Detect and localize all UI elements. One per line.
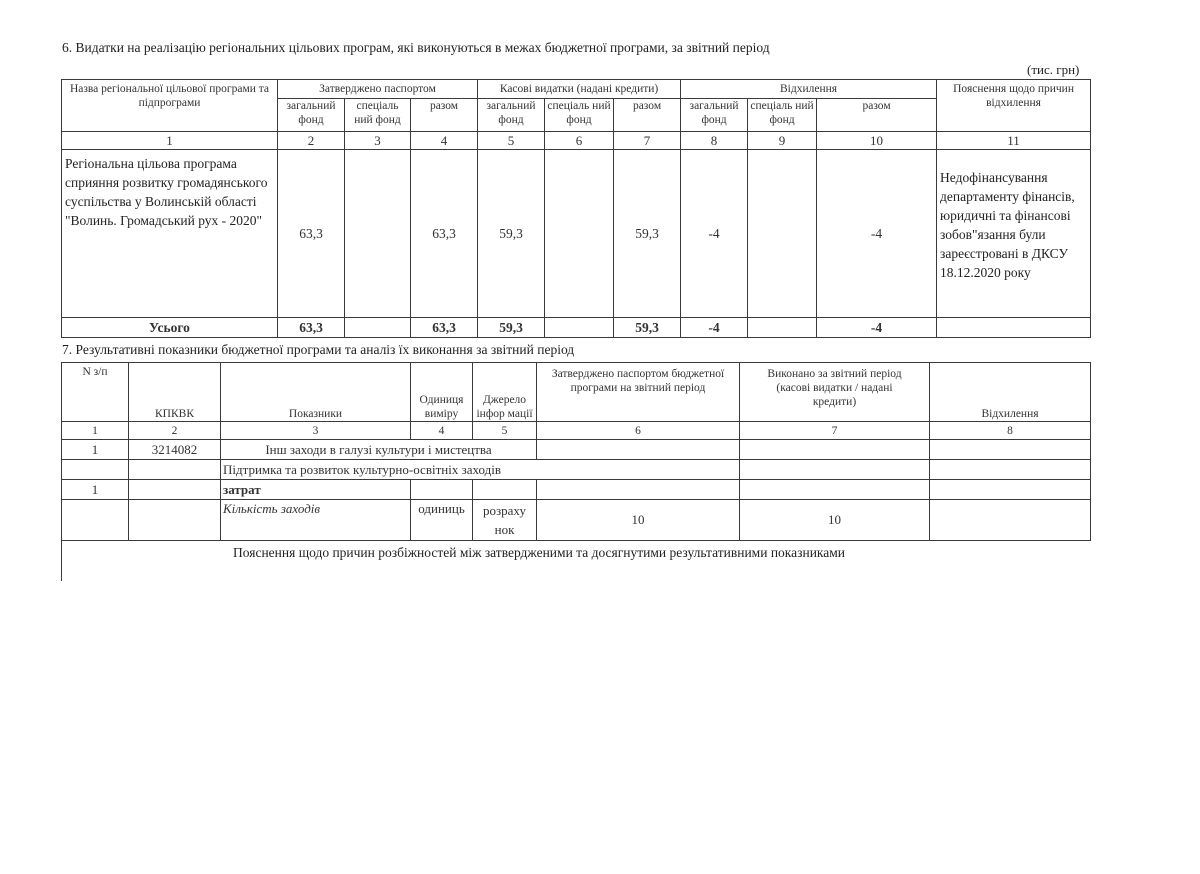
header-program-name: Назва регіональної цільової програми та … [62,80,278,132]
row-approved: 10 [537,500,740,541]
header-cash-total: разом [614,99,681,132]
total-dev-special [748,318,817,338]
row-kpkvk [129,500,221,541]
approved-total: 63,3 [411,150,478,318]
dev-total: -4 [817,150,937,318]
row-indicator: Підтримка та розвиток культурно-освітніх… [221,460,740,480]
row-num: 1 [62,440,129,460]
col-num: 5 [473,422,537,440]
header-deviation: Відхилення [930,363,1091,422]
row-deviation [930,460,1091,480]
header-indicators: Показники [221,363,411,422]
row-deviation [930,440,1091,460]
total-approved-general: 63,3 [278,318,345,338]
header-source: Джерело інфор мації [473,363,537,422]
dev-general: -4 [681,150,748,318]
header-num: N з/п [62,363,129,422]
row-indicator: Інш заходи в галузі культури і мистецтва [221,440,537,460]
regional-programs-table: Назва регіональної цільової програми та … [61,79,1091,338]
table-row: Підтримка та розвиток культурно-освітніх… [62,460,1091,480]
col-num: 6 [537,422,740,440]
row-deviation [930,500,1091,541]
row-source [473,480,537,500]
header-explanation: Пояснення щодо причин відхилення [937,80,1091,132]
row-kpkvk [129,460,221,480]
header-cash: Касові видатки (надані кредити) [478,80,681,99]
row-executed [740,460,930,480]
row-source: розраху нок [473,500,537,541]
approved-general: 63,3 [278,150,345,318]
col-num: 8 [681,132,748,150]
col-num: 9 [748,132,817,150]
approved-special [345,150,411,318]
col-num: 2 [278,132,345,150]
row-num: 1 [62,480,129,500]
col-num: 2 [129,422,221,440]
row-executed [740,480,930,500]
cash-general: 59,3 [478,150,545,318]
header-approved-general: загальний фонд [278,99,345,132]
section-7-title: 7. Результативні показники бюджетної про… [62,342,574,358]
table-row: 1 затрат [62,480,1091,500]
col-num: 3 [221,422,411,440]
col-num: 7 [614,132,681,150]
total-dev-total: -4 [817,318,937,338]
header-deviation: Відхилення [681,80,937,99]
cash-total: 59,3 [614,150,681,318]
discrepancy-explanation-title: Пояснення щодо причин розбіжностей між з… [233,545,845,561]
header-approved-total: разом [411,99,478,132]
total-cash-total: 59,3 [614,318,681,338]
total-approved-total: 63,3 [411,318,478,338]
row-num [62,460,129,480]
header-executed: Виконано за звітний період (касові видат… [740,363,930,422]
header-dev-general: загальний фонд [681,99,748,132]
col-num: 7 [740,422,930,440]
col-num: 11 [937,132,1091,150]
column-number-row: 1 2 3 4 5 6 7 8 [62,422,1091,440]
col-num: 8 [930,422,1091,440]
header-dev-total: разом [817,99,937,132]
col-num: 5 [478,132,545,150]
row-approved [537,440,740,460]
column-number-row: 1 2 3 4 5 6 7 8 9 10 11 [62,132,1091,150]
col-num: 1 [62,132,278,150]
row-approved [537,480,740,500]
total-row: Усього 63,3 63,3 59,3 59,3 -4 -4 [62,318,1091,338]
row-num [62,500,129,541]
total-explanation [937,318,1091,338]
header-dev-special: спеціаль ний фонд [748,99,817,132]
header-approved-special: спеціаль ний фонд [345,99,411,132]
row-unit: одиниць [411,500,473,541]
row-executed [740,440,930,460]
section-6-title: 6. Видатки на реалізацію регіональних ці… [62,40,770,56]
total-dev-general: -4 [681,318,748,338]
row-executed: 10 [740,500,930,541]
total-cash-special [545,318,614,338]
header-approved: Затверджено паспортом [278,80,478,99]
col-num: 6 [545,132,614,150]
performance-indicators-table: N з/п КПКВК Показники Одиниця виміру Дже… [61,362,1091,541]
table-row: Кількість заходів одиниць розраху нок 10… [62,500,1091,541]
row-kpkvk: 3214082 [129,440,221,460]
header-approved: Затверджено паспортом бюджетної програми… [537,363,740,422]
table-row: 1 3214082 Інш заходи в галузі культури і… [62,440,1091,460]
row-indicator: затрат [221,480,411,500]
dev-special [748,150,817,318]
total-approved-special [345,318,411,338]
col-num: 10 [817,132,937,150]
row-indicator: Кількість заходів [221,500,411,541]
col-num: 3 [345,132,411,150]
cash-special [545,150,614,318]
col-num: 4 [411,132,478,150]
table-row: Регіональна цільова програма сприяння ро… [62,150,1091,318]
col-num: 1 [62,422,129,440]
total-cash-general: 59,3 [478,318,545,338]
row-unit [411,480,473,500]
header-cash-general: загальний фонд [478,99,545,132]
header-unit: Одиниця виміру [411,363,473,422]
program-name: Регіональна цільова програма сприяння ро… [62,150,278,318]
header-cash-special: спеціаль ний фонд [545,99,614,132]
row-kpkvk [129,480,221,500]
deviation-explanation: Недофінансування департаменту фінансів, … [937,150,1091,318]
row-deviation [930,480,1091,500]
units-label: (тис. грн) [1027,62,1079,78]
col-num: 4 [411,422,473,440]
header-kpkvk: КПКВК [129,363,221,422]
total-label: Усього [62,318,278,338]
